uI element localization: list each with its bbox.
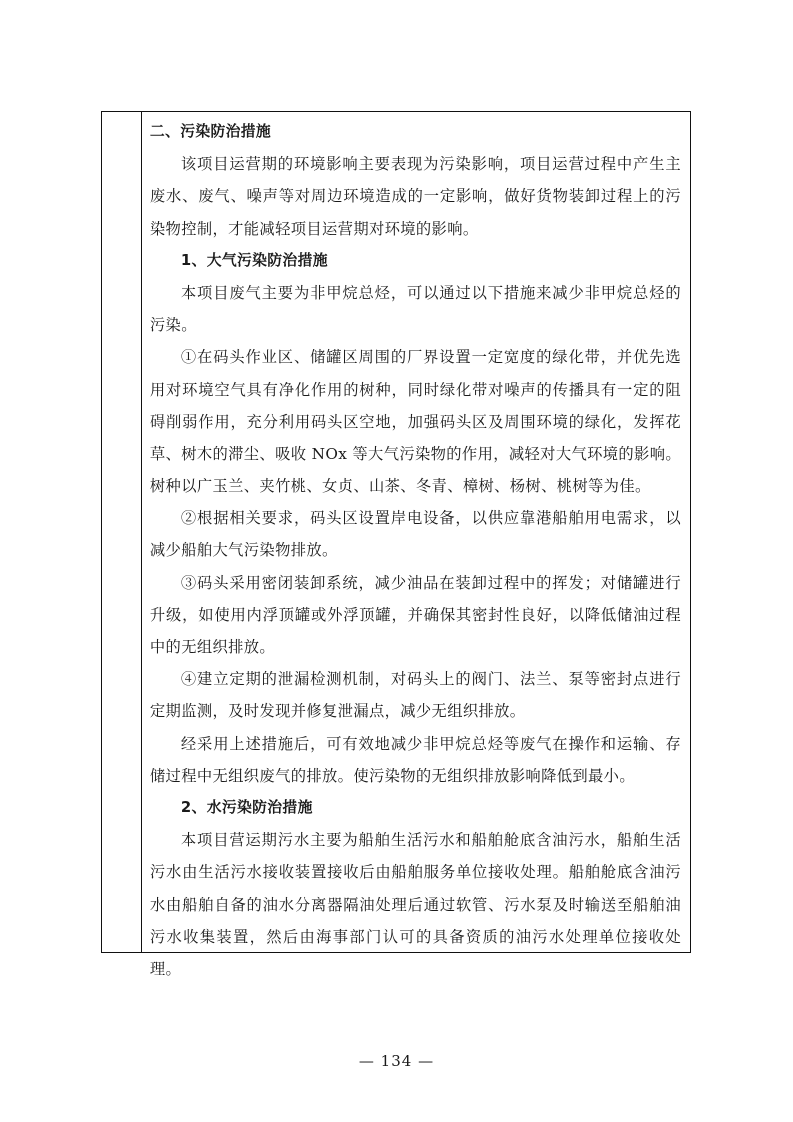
paragraph-line: ①在码头作业区、储罐区周围的厂界设置一定宽度的绿化带，并优先选: [150, 341, 681, 373]
paragraph-line: 经采用上述措施后，可有效地减少非甲烷总烃等废气在操作和运输、存: [150, 728, 681, 760]
paragraph-line: 污染。: [150, 309, 681, 341]
content-table: 二、污染防治措施 该项目运营期的环境影响主要表现为污染影响，项目运营过程中产生主…: [101, 111, 691, 953]
page-number: — 134 —: [0, 1052, 793, 1070]
paragraph-line: ②根据相关要求，码头区设置岸电设备，以供应靠港船舶用电需求，以: [150, 502, 681, 534]
paragraph-line: 理。: [150, 953, 681, 985]
paragraph-line: ④建立定期的泄漏检测机制，对码头上的阀门、法兰、泵等密封点进行: [150, 663, 681, 695]
table-left-column: [102, 112, 142, 952]
paragraph-line: 污水由生活污水接收装置接收后由船舶服务单位接收处理。船舶舱底含油污: [150, 856, 681, 888]
intro-line: 染物控制，才能减轻项目运营期对环境的影响。: [150, 213, 681, 245]
paragraph-line: 本项目营运期污水主要为船舶生活污水和船舶舱底含油污水，船舶生活: [150, 824, 681, 856]
paragraph-line: 用对环境空气具有净化作用的树种，同时绿化带对噪声的传播具有一定的阻: [150, 374, 681, 406]
paragraph-line: 碍削弱作用，充分利用码头区空地，加强码头区及周围环境的绿化，发挥花: [150, 406, 681, 438]
paragraph-line: 定期监测，及时发现并修复泄漏点，减少无组织排放。: [150, 695, 681, 727]
paragraph-line: 中的无组织排放。: [150, 631, 681, 663]
intro-line: 废水、废气、噪声等对周边环境造成的一定影响，做好货物装卸过程上的污: [150, 180, 681, 212]
paragraph-line: 水由船舶自备的油水分离器隔油处理后通过软管、污水泵及时输送至船舶油: [150, 889, 681, 921]
paragraph-line: 本项目废气主要为非甲烷总烃，可以通过以下措施来减少非甲烷总烃的: [150, 277, 681, 309]
section-title: 二、污染防治措施: [150, 116, 681, 148]
paragraph-line: 储过程中无组织废气的排放。使污染物的无组织排放影响降低到最小。: [150, 760, 681, 792]
paragraph-line: 污水收集装置，然后由海事部门认可的具备资质的油污水处理单位接收处: [150, 921, 681, 953]
paragraph-line: 树种以广玉兰、夹竹桃、女贞、山茶、冬青、樟树、杨树、桃树等为佳。: [150, 470, 681, 502]
subsection-title-air: 1、大气污染防治措施: [150, 245, 681, 277]
paragraph-line: ③码头采用密闭装卸系统，减少油品在装卸过程中的挥发；对储罐进行: [150, 567, 681, 599]
intro-line: 该项目运营期的环境影响主要表现为污染影响，项目运营过程中产生主: [150, 148, 681, 180]
table-content-cell: 二、污染防治措施 该项目运营期的环境影响主要表现为污染影响，项目运营过程中产生主…: [142, 112, 690, 952]
paragraph-line: 草、树木的滞尘、吸收 NOx 等大气污染物的作用，减轻对大气环境的影响。: [150, 438, 681, 470]
paragraph-line: 减少船舶大气污染物排放。: [150, 534, 681, 566]
paragraph-line: 升级，如使用内浮顶罐或外浮顶罐，并确保其密封性良好，以降低储油过程: [150, 599, 681, 631]
subsection-title-water: 2、水污染防治措施: [150, 792, 681, 824]
